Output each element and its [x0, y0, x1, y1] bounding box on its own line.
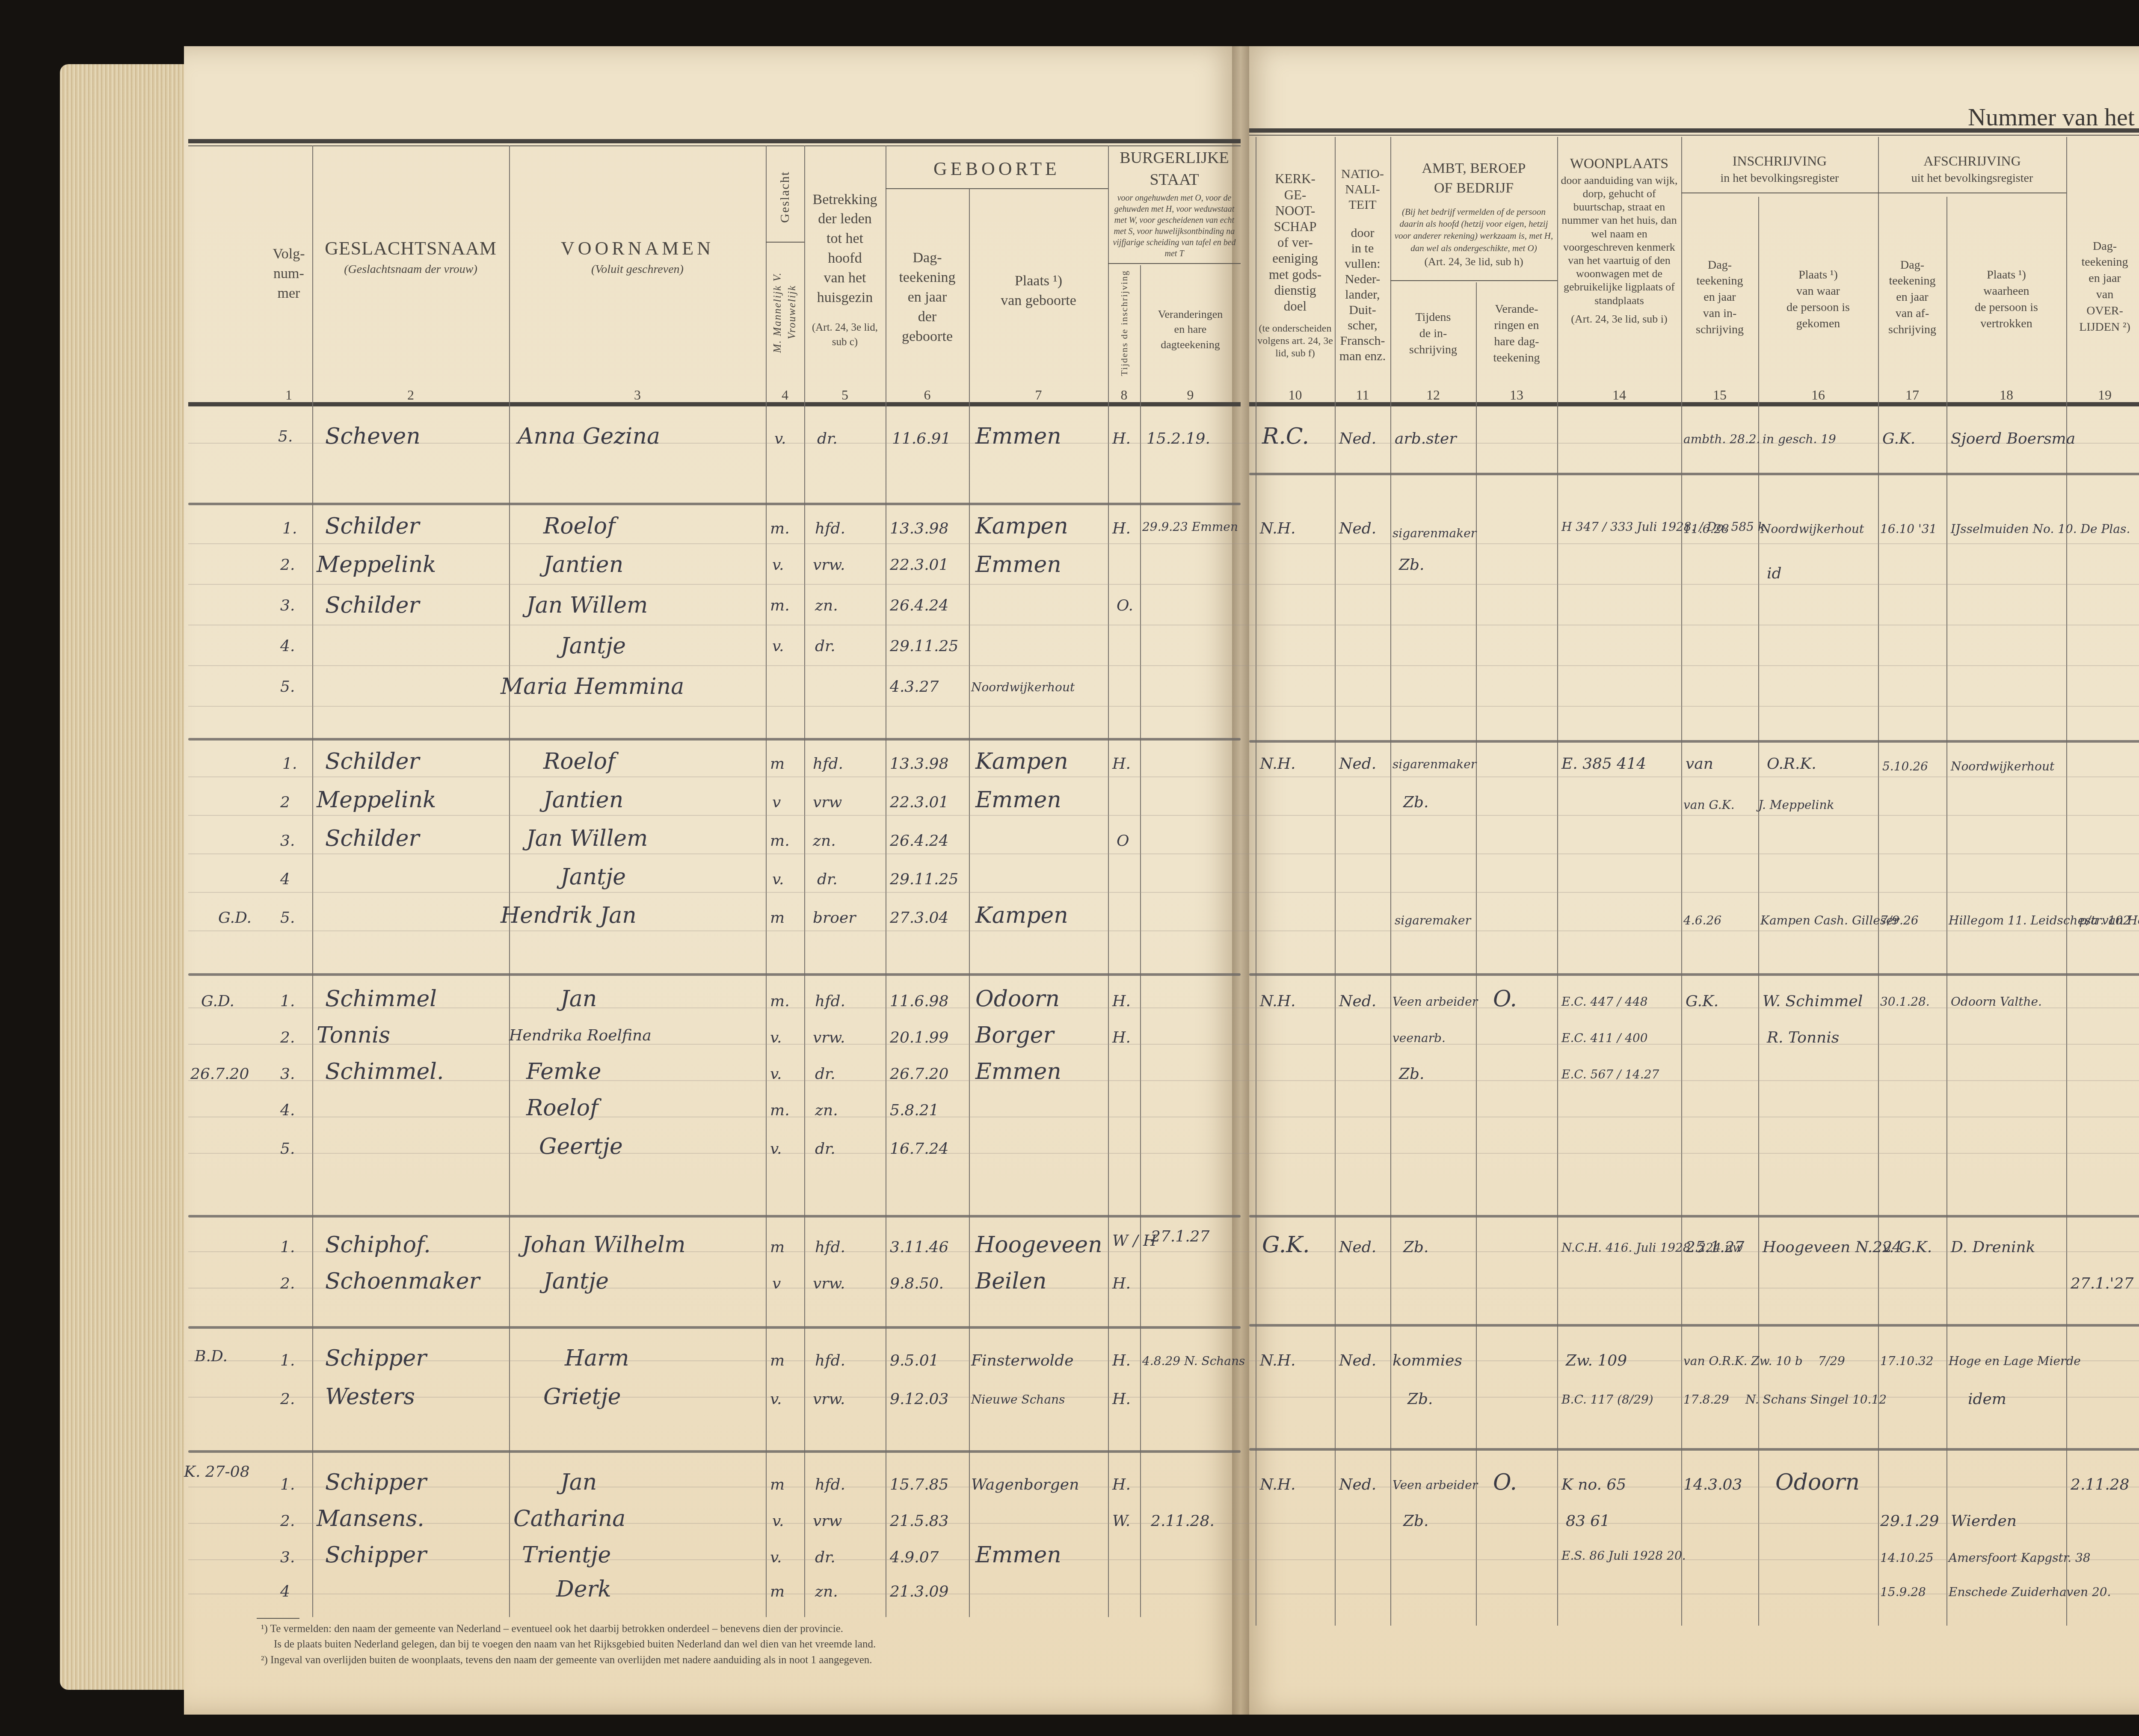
entry-occupation: sigarenmaker — [1392, 757, 1476, 771]
header-note: (Art. 24, 3e lid, sub h) — [1424, 254, 1523, 269]
entry-sex: v — [772, 1275, 781, 1292]
entry-deregistration-to: Sjoerd Boersma — [1951, 430, 2075, 447]
entry-relation: dr. — [815, 637, 835, 655]
header-note: (Geslachtsnaam der vrouw) — [344, 261, 477, 278]
entry-surname: Schilder — [325, 826, 419, 851]
entry-relation: broer — [813, 909, 856, 927]
entry-surname: Scheven — [325, 424, 421, 449]
entry-deregistration-to: idem — [1968, 1390, 2006, 1408]
entry-registration-from: J. Meppelink — [1758, 798, 1834, 812]
column-number: 2 — [312, 387, 509, 403]
entry-occupation: veenarb. — [1392, 1031, 1446, 1045]
entry-birthplace: Emmen — [975, 1542, 1061, 1568]
entry-sex: v. — [770, 1549, 782, 1566]
entry-relation: dr. — [815, 1549, 835, 1566]
entry-birthplace: Beilen — [975, 1268, 1047, 1294]
header-text: van — [2096, 287, 2113, 303]
header-text: OVER- — [2086, 303, 2123, 319]
entry-remarks: p/a van Horten. — [2079, 913, 2139, 927]
entry-civil-change: 4.8.29 N. Schans — [1142, 1354, 1245, 1368]
entry-deregistration-to: Odoorn Valthe. — [1951, 995, 2042, 1009]
header-note: vullen: — [1345, 256, 1380, 272]
entry-sex: m. — [770, 1102, 790, 1119]
entry-deregistration-to: Amersfoort Kapgstr. 38 — [1949, 1551, 2091, 1565]
household-separator — [1249, 1215, 2139, 1218]
entry-deregistration-to: D. Drenink — [1951, 1238, 2035, 1256]
ruled-line — [188, 706, 2139, 707]
header-woonplaats: WOONPLAATS door aanduiding van wijk, dor… — [1559, 154, 1679, 368]
household-separator — [188, 1326, 1241, 1329]
header-afsch-plaats: Plaats ¹) waarheen de persoon is vertrok… — [1946, 240, 2066, 359]
header-text: VOORNAMEN — [561, 236, 714, 261]
entry-birthplace: Noordwijkerhout — [971, 680, 1075, 694]
entry-given-names: Catharina — [513, 1506, 625, 1532]
entry-relation: vrw. — [813, 1029, 845, 1046]
entry-nationality: Ned. — [1339, 1352, 1376, 1369]
entry-sex: m — [770, 1238, 785, 1256]
entry-given-names: Maria Hemmina — [501, 674, 684, 699]
sheet-number-heading: Nummer van het blad — [1968, 103, 2139, 131]
entry-church: N.H. — [1260, 520, 1295, 537]
header-text: schrijving — [1409, 342, 1457, 358]
entry-occupation: Zb. — [1407, 1390, 1433, 1408]
entry-surname: Schilder — [325, 749, 419, 774]
header-text: WOONPLAATS — [1570, 154, 1668, 174]
column-number: 18 — [1946, 387, 2066, 403]
entry-given-names: Jan Willem — [526, 592, 648, 618]
header-text: en jaar — [1703, 289, 1736, 305]
entry-sex: m. — [770, 832, 790, 850]
header-text: huisgezin — [817, 288, 873, 308]
header-text: en jaar — [2089, 270, 2121, 287]
entry-civil-status: H. — [1112, 1029, 1131, 1046]
header-geboorte: GEBOORTE — [886, 150, 1108, 188]
header-text: Dag- — [913, 248, 942, 268]
entry-given-names: Roelof — [526, 1095, 598, 1121]
header-text: SCHAP — [1274, 219, 1317, 234]
header-geboorteplaats: Plaats ¹) van geboorte — [969, 240, 1108, 342]
entry-birthplace: Nieuwe Schans — [971, 1392, 1065, 1407]
header-text: de in- — [1419, 326, 1447, 342]
entry-civil-status: H. — [1112, 755, 1131, 773]
entry-deregistration-date: G.K. — [1882, 430, 1915, 447]
header-note: scher, — [1348, 318, 1378, 333]
entry-deregistration-to: IJsselmuiden No. 10. De Plas. — [1951, 522, 2130, 536]
entry-occupation: Veen arbeider — [1392, 995, 1478, 1009]
header-text: hoofd — [828, 249, 862, 268]
entry-given-names: Jantje — [560, 633, 626, 659]
entry-nr: 4 — [280, 871, 290, 888]
header-text: KERK- — [1275, 171, 1315, 187]
entry-given-names: Jan — [560, 1469, 597, 1495]
entry-sex: m — [770, 1476, 785, 1493]
entry-relation: hfd. — [815, 992, 845, 1010]
footnote-1-cont: Is de plaats buiten Nederland gelegen, d… — [261, 1637, 876, 1652]
entry-sex: v. — [772, 871, 784, 888]
entry-margin-note: G.D. — [218, 909, 252, 927]
header-note: door — [1351, 225, 1375, 241]
entry-civil-status: H. — [1112, 1476, 1131, 1493]
column-number: 8 — [1108, 387, 1140, 403]
entry-nr: 2. — [280, 556, 295, 574]
entry-church: N.H. — [1260, 1476, 1295, 1493]
book-page-edges-left — [60, 64, 184, 1690]
entry-address: K no. 65 — [1561, 1476, 1626, 1493]
entry-birthplace: Emmen — [975, 552, 1061, 578]
header-text: STAAT — [1149, 169, 1199, 191]
entry-nr: 1. — [280, 1238, 295, 1256]
entry-death-date: 2.11.28 — [2071, 1476, 2129, 1493]
header-text: van geboorte — [1001, 291, 1076, 311]
entry-nr: 5. — [280, 909, 295, 927]
entry-registration-from: 7/29 — [1818, 1354, 1845, 1368]
header-note: uit het bevolkingsregister — [1911, 170, 2033, 187]
entry-deregistration-to: Wierden — [1951, 1512, 2017, 1530]
entry-church: R.C. — [1262, 424, 1309, 449]
col-line — [312, 145, 313, 1617]
column-number: 5 — [804, 387, 886, 403]
entry-birthdate: 9.12.03 — [890, 1390, 948, 1408]
header-note: (Voluit geschreven) — [591, 261, 684, 278]
entry-civil-status: H. — [1112, 430, 1131, 447]
col-line — [1476, 282, 1477, 1626]
column-number: 15 — [1681, 387, 1758, 403]
header-text: teekening — [899, 268, 955, 287]
column-number: 10 — [1256, 387, 1335, 403]
header-text: doel — [1284, 298, 1307, 314]
entry-sex: m — [770, 1352, 785, 1369]
ruled-line — [188, 1044, 2139, 1045]
entry-address: E.C. 567 / 14.27 — [1561, 1067, 1659, 1081]
header-text: der leden — [818, 209, 872, 229]
entry-church: N.H. — [1260, 992, 1295, 1010]
header-note: man enz. — [1339, 349, 1386, 364]
entry-nr: 2. — [280, 1029, 295, 1046]
col-line — [1946, 197, 1947, 1626]
entry-birthplace: Emmen — [975, 1059, 1061, 1084]
column-number: 16 — [1758, 387, 1878, 403]
header-text: ringen en — [1494, 317, 1539, 334]
entry-registration-from: O.R.K. — [1767, 755, 1816, 773]
ruled-line — [188, 584, 2139, 585]
entry-civil-change: 29.9.23 Emmen — [1142, 520, 1238, 534]
header-text: Geslacht — [776, 171, 794, 223]
household-separator — [1249, 1324, 2139, 1327]
header-text: van het — [824, 268, 866, 288]
entry-church: N.H. — [1260, 1352, 1295, 1369]
header-text: Volg- — [273, 244, 305, 264]
entry-civil-status: H. — [1112, 1275, 1131, 1292]
entry-registration-date: 17.8.29 — [1683, 1392, 1729, 1407]
column-number: 12 — [1390, 387, 1476, 403]
entry-sex: v. — [772, 637, 784, 655]
entry-birthdate: 4.9.07 — [890, 1549, 939, 1566]
header-text: Plaats ¹) — [1987, 267, 2026, 283]
household-separator — [188, 1215, 1241, 1218]
header-ambt-veranderingen: Verande- ringen en hare dag- teekening — [1476, 291, 1557, 376]
header-burg-note: voor ongehuwden met O, voor de gehuwden … — [1110, 190, 1238, 261]
entry-birthdate: 5.8.21 — [890, 1102, 939, 1119]
entry-registration-from: Noordwijkerhout — [1760, 522, 1864, 536]
col-line — [1758, 197, 1759, 1626]
entry-occupation: Zb. — [1403, 794, 1429, 811]
header-text: tot het — [827, 229, 863, 249]
entry-surname: Schipper — [325, 1345, 427, 1371]
entry-relation: hfd. — [815, 1352, 845, 1369]
header-overlijden: Dag- teekening en jaar van OVER- LIJDEN … — [2066, 205, 2139, 368]
header-text: eeniging — [1272, 250, 1318, 266]
entry-surname: Schimmel — [325, 986, 437, 1012]
header-note: lander, — [1345, 287, 1380, 302]
entry-civil-status: H. — [1112, 992, 1131, 1010]
entry-address: B.C. 117 (8/29) — [1561, 1392, 1653, 1407]
column-number: 6 — [886, 387, 969, 403]
header-ambt-tijdens: Tijdens de in- schrijving — [1390, 291, 1476, 376]
entry-birthdate: 29.11.25 — [890, 871, 958, 888]
entry-civil-status: H. — [1112, 1390, 1131, 1408]
entry-civil-change: 27.1.27 — [1151, 1228, 1209, 1245]
entry-address: E. 385 414 — [1561, 755, 1646, 773]
entry-margin-note: K. 27-08 — [184, 1463, 250, 1481]
header-text: en hare — [1174, 322, 1207, 337]
ruled-line — [188, 1080, 2139, 1081]
col-line — [1557, 137, 1558, 1626]
entry-surname: Schiphof. — [325, 1232, 431, 1258]
entry-deregistration-date: 29.1.29 — [1880, 1512, 1939, 1530]
entry-given-names: Johan Wilhelm — [522, 1232, 686, 1258]
header-note: (Art. 24, 3e lid, sub c) — [804, 320, 886, 350]
entry-nr: 1. — [280, 1352, 295, 1369]
entry-surname: Schilder — [325, 592, 419, 618]
header-text: van in- — [1703, 305, 1737, 322]
col-line — [509, 145, 510, 1617]
burg-subrule — [1108, 263, 1241, 264]
ruled-line — [188, 1153, 2139, 1154]
entry-birthplace: Kampen — [975, 903, 1068, 928]
entry-margin-note: 26.7.20 — [190, 1065, 249, 1083]
entry-occupation: Veen arbeider — [1392, 1478, 1478, 1492]
ruled-line — [188, 543, 2139, 544]
entry-nr: 5. — [278, 428, 293, 445]
header-note: (Art. 24, 3e lid, sub i) — [1571, 311, 1667, 326]
entry-nr: 3. — [280, 597, 295, 614]
ambt-subrule — [1390, 280, 1557, 281]
header-text: Betrekking — [812, 190, 877, 210]
entry-nr: 4. — [280, 637, 295, 655]
header-text: vertrokken — [1980, 316, 2032, 332]
entry-sex: v. — [770, 1029, 782, 1046]
header-text: Plaats ¹) — [1798, 267, 1838, 283]
header-text: teekening — [1889, 273, 1936, 289]
entry-sex: m — [770, 755, 785, 773]
header-note: in het bevolkingsregister — [1721, 170, 1839, 187]
header-afsch-datum: Dag- teekening en jaar van af- schrijvin… — [1878, 227, 1946, 368]
ruled-line — [188, 1288, 2139, 1289]
header-text: BURGERLIJKE — [1120, 147, 1229, 169]
entry-deregistration-date: 7/9.26 — [1880, 913, 1919, 927]
entry-nationality: Ned. — [1339, 992, 1376, 1010]
entry-civil-status: W / H — [1112, 1232, 1156, 1250]
entry-civil-change: 15.2.19. — [1147, 430, 1210, 447]
header-note: in te — [1351, 241, 1374, 256]
entry-given-names: Roelof — [543, 513, 615, 539]
entry-registration-date: 4.6.26 — [1683, 913, 1721, 927]
entry-birthdate: 21.3.09 — [890, 1583, 948, 1600]
entry-birthdate: 16.7.24 — [890, 1140, 948, 1158]
household-separator — [188, 738, 1241, 741]
entry-birthdate: 11.6.98 — [890, 992, 948, 1010]
entry-birthplace: Emmen — [975, 787, 1061, 813]
entry-deregistration-date: 30.1.28. — [1880, 995, 1930, 1009]
afsch-subrule — [1878, 193, 2066, 193]
header-text: teekening — [1697, 273, 1743, 289]
entry-deregistration-date: 5.10.26 — [1882, 759, 1928, 773]
entry-relation: zn. — [813, 832, 836, 850]
entry-sex: v. — [774, 430, 786, 447]
header-text: NATIO- — [1341, 166, 1384, 182]
entry-address: 83 61 — [1566, 1512, 1610, 1530]
entry-surname: Schilder — [325, 513, 419, 539]
entry-relation: vrw — [813, 1512, 842, 1530]
footnote-2: ²) Ingeval van overlijden buiten de woon… — [261, 1653, 876, 1668]
entry-margin-note: B.D. — [195, 1348, 228, 1365]
entry-occupation: arb.ster — [1395, 430, 1457, 447]
entry-birthdate: 26.7.20 — [890, 1065, 948, 1083]
column-number: 4 — [766, 387, 804, 403]
entry-birthdate: 4.3.27 — [890, 678, 939, 696]
ruled-line — [188, 930, 2139, 931]
entry-given-names: Grietje — [543, 1384, 621, 1410]
ruled-line — [188, 853, 2139, 854]
header-text: Dag- — [1900, 257, 1924, 273]
entry-sex: v. — [772, 1512, 784, 1530]
entry-deregistration-date: 17.10.32 — [1880, 1354, 1934, 1368]
header-note: M. Mannelijk V. Vrouwelijk — [770, 248, 800, 376]
entry-surname: Schipper — [325, 1469, 427, 1495]
entry-sex: v. — [770, 1390, 782, 1408]
header-afschrijving: AFSCHRIJVING uit het bevolkingsregister — [1878, 148, 2066, 190]
entry-nr: 2 — [280, 794, 290, 811]
entry-nr: 3. — [280, 1549, 295, 1566]
entry-occupation: sigaremaker — [1395, 913, 1471, 927]
header-insch-datum: Dag- teekening en jaar van in- schrijvin… — [1681, 227, 1758, 368]
entry-birthdate: 13.3.98 — [890, 755, 948, 773]
entry-birthplace: Borger — [975, 1022, 1054, 1048]
entry-margin-note: G.D. — [201, 992, 234, 1010]
entry-birthplace: Emmen — [975, 424, 1061, 449]
entry-birthplace: Odoorn — [975, 986, 1060, 1012]
column-number: 11 — [1335, 387, 1390, 403]
entry-registration-date: van O.R.K. Zw. 10 b — [1683, 1354, 1803, 1368]
header-geslacht-mv: M. Mannelijk V. Vrouwelijk — [766, 248, 804, 376]
entry-sex: v. — [770, 1065, 782, 1083]
header-text: van af- — [1896, 305, 1929, 322]
header-nationaliteit: NATIO- NALI- TEIT door in te vullen: Ned… — [1335, 163, 1390, 368]
entry-nr: 1. — [282, 520, 297, 537]
entry-surname: Schimmel. — [325, 1059, 444, 1084]
header-text: INSCHRIJVING — [1733, 152, 1827, 170]
header-inschrijving: INSCHRIJVING in het bevolkingsregister — [1681, 148, 1878, 190]
entry-surname: Meppelink — [317, 552, 436, 578]
header-top-rule-left — [188, 139, 1241, 143]
entry-given-names: Jantien — [543, 552, 623, 578]
entry-address: E.C. 411 / 400 — [1561, 1031, 1648, 1045]
entry-birthdate: 22.3.01 — [890, 556, 948, 574]
entry-birthplace: Hoogeveen — [975, 1232, 1102, 1258]
entry-registration-date: 25.1.27 — [1686, 1238, 1744, 1256]
entry-death-date: 27.1.'27 — [2071, 1275, 2133, 1292]
entry-given-names: Derk — [556, 1576, 611, 1602]
column-number: 3 — [509, 387, 766, 403]
ruled-line — [188, 776, 2139, 777]
entry-birthdate: 27.3.04 — [890, 909, 948, 927]
header-text: GEBOORTE — [933, 156, 1060, 181]
entry-birthdate: 3.11.46 — [890, 1238, 948, 1256]
header-text: schrijving — [1696, 322, 1744, 338]
header-note: voor ongehuwden met O, voor de gehuwden … — [1110, 193, 1238, 259]
column-number: 19 — [2066, 387, 2139, 403]
header-text: gekomen — [1796, 316, 1840, 332]
entry-nr: 5. — [280, 678, 295, 696]
entry-relation: dr. — [815, 1065, 835, 1083]
entry-sex: v. — [770, 1140, 782, 1158]
entry-surname: Tonnis — [317, 1022, 390, 1048]
header-text: Tijdens — [1415, 309, 1451, 326]
entry-given-names: Jantien — [543, 787, 623, 813]
entry-civil-change: 2.11.28. — [1151, 1512, 1215, 1530]
geboorte-subrule — [886, 188, 1108, 189]
entry-nr: 4 — [280, 1583, 290, 1600]
entry-nr: 2. — [280, 1512, 295, 1530]
header-text: dienstig — [1274, 282, 1316, 298]
header-note: Fransch- — [1340, 333, 1385, 349]
header-text: geboorte — [902, 327, 953, 347]
entry-nr: 1. — [282, 755, 297, 773]
entry-nr: 1. — [280, 1476, 295, 1493]
column-number: 9 — [1140, 387, 1241, 403]
entry-relation: zn. — [815, 1583, 838, 1600]
entry-registration-from: Kampen Cash. Gilleser — [1760, 913, 1899, 927]
header-note: (te onderscheiden volgens art. 24, 3e li… — [1256, 323, 1335, 359]
household-separator — [1249, 740, 2139, 743]
header-text: Dag- — [2093, 238, 2117, 255]
entry-registration-same: id — [1767, 565, 1782, 582]
column-number: 7 — [969, 387, 1108, 403]
header-text: de persoon is — [1975, 299, 2038, 316]
entry-relation: vrw — [813, 794, 842, 811]
entry-sex: m — [770, 909, 785, 927]
ruled-line — [188, 1594, 2139, 1594]
header-burgerlijke-staat: BURGERLIJKE STAAT — [1108, 148, 1241, 190]
entry-deregistration-date: v. G.K. — [1882, 1238, 1932, 1256]
entry-relation: dr. — [815, 1140, 835, 1158]
header-note: Neder- — [1345, 272, 1381, 287]
entry-occupation: Zb. — [1399, 1065, 1425, 1083]
header-text: GESLACHTSNAAM — [325, 236, 497, 261]
entry-occupation-change: O. — [1493, 1469, 1517, 1495]
header-text: Dag- — [1708, 257, 1732, 273]
household-separator — [1249, 473, 2139, 475]
header-voornamen: VOORNAMEN (Voluit geschreven) — [509, 227, 766, 287]
entry-registration-from: Hoogeveen N.224 — [1763, 1238, 1902, 1256]
entry-relation: vrw. — [813, 1275, 845, 1292]
ruled-line — [188, 665, 2139, 666]
entry-relation: vrw. — [813, 556, 845, 574]
entry-registration-from: N. Schans Singel 10.12 — [1745, 1392, 1887, 1407]
header-text: dagteekening — [1161, 337, 1220, 352]
entry-given-names: Femke — [526, 1059, 601, 1084]
entry-address: E.S. 86 Juli 1928 20. — [1561, 1549, 1686, 1563]
